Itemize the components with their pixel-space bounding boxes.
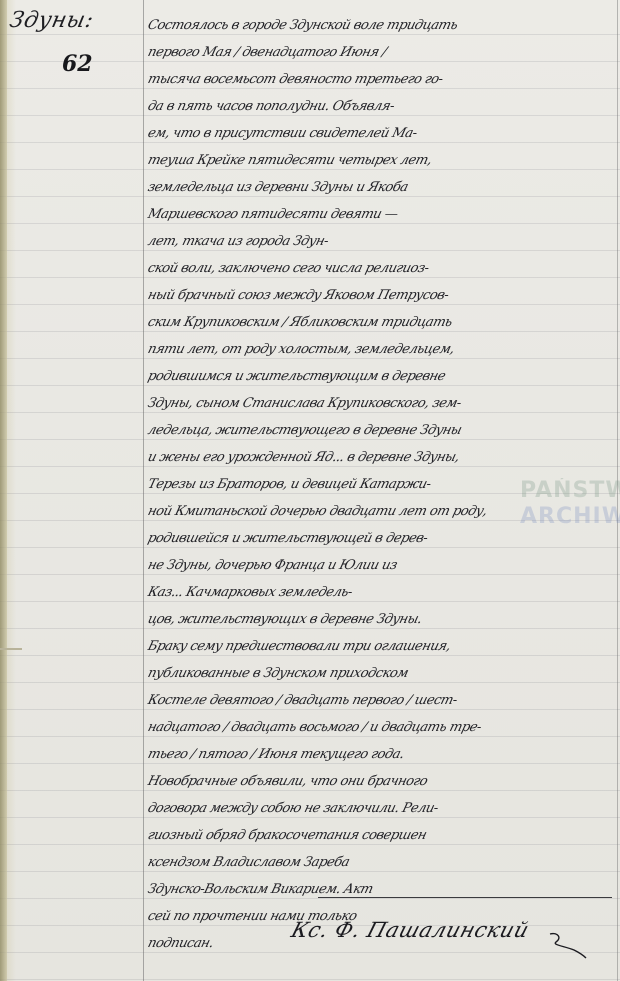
text-line: Костеле девятого / двадцать первого / ше…	[145, 687, 616, 714]
text-line: гиозный обряд бракосочетания совершен	[145, 822, 616, 849]
text-line: и жены его урожденной Яд... в деревне Зд…	[145, 444, 616, 471]
text-line: ем, что в присутствии свидетелей Ма-	[145, 120, 616, 147]
text-line: ной Кмитаньской дочерью двадцати лет от …	[145, 498, 616, 525]
text-line: не Здуны, дочерью Франца и Юлии из	[145, 552, 616, 579]
entry-number: 62	[62, 51, 138, 77]
text-line: тьего / пятого / Июня текущего года.	[145, 741, 616, 768]
text-line: ским Крупиковским / Ябликовским тридцать	[145, 309, 616, 336]
text-line: тысяча восемьсот девяносто третьего го-	[145, 66, 616, 93]
priest-signature: Кс. Ф. Пашалинский	[289, 918, 532, 942]
text-line: публикованные в Здунском приходском	[145, 660, 616, 687]
text-line: пяти лет, от роду холостым, земледельцем…	[145, 336, 616, 363]
text-line: земледельца из деревни Здуны и Якоба	[145, 174, 616, 201]
margin-column: Здуны: 62	[10, 8, 138, 77]
text-line: Каз... Качмарковых земледель-	[145, 579, 616, 606]
text-line: ксендзом Владиславом Зареба	[145, 849, 616, 876]
text-line: родившимся и жительствующим в деревне	[145, 363, 616, 390]
text-line: первого Мая / двенадцатого Июня /	[145, 39, 616, 66]
text-line: ледельца, жительствующего в деревне Здун…	[145, 417, 616, 444]
text-line: надцатого / двадцать восьмого / и двадца…	[145, 714, 616, 741]
text-line: родившейся и жительствующей в дерев-	[145, 525, 616, 552]
paper-tear	[0, 648, 22, 650]
text-line: цов, жительствующих в деревне Здуны.	[145, 606, 616, 633]
page-binding-edge	[0, 0, 7, 981]
text-line: Маршевского пятидесяти девяти —	[145, 201, 616, 228]
text-line: Состоялось в городе Здунской воле тридца…	[145, 12, 616, 39]
text-line: ской воли, заключено сего числа религиоз…	[145, 255, 616, 282]
text-line: Новобрачные объявили, что они брачного	[145, 768, 616, 795]
text-line: договора между собою не заключили. Рели-	[145, 795, 616, 822]
closing-line	[318, 897, 612, 898]
text-line: Здуны, сыном Станислава Крупиковского, з…	[145, 390, 616, 417]
text-line: Терезы из Браторов, и девицей Катаржи-	[145, 471, 616, 498]
right-border-rule	[617, 0, 618, 981]
text-line: Браку сему предшествовали три оглашения,	[145, 633, 616, 660]
text-line: теуша Крейке пятидесяти четырех лет,	[145, 147, 616, 174]
margin-rule	[143, 0, 144, 981]
text-line: да в пять часов пополудни. Объявля-	[145, 93, 616, 120]
text-line: Здунско-Вольским Викарием. Акт	[145, 876, 616, 903]
register-page: PAŃSTW ARCHIW Здуны: 62 Состоялось в гор…	[0, 0, 620, 981]
signature-flourish-icon	[548, 930, 588, 960]
record-text: Состоялось в городе Здунской воле тридца…	[148, 12, 612, 957]
text-line: лет, ткача из города Здун-	[145, 228, 616, 255]
place-name: Здуны:	[7, 8, 140, 33]
text-line: ный брачный союз между Яковом Петрусов-	[145, 282, 616, 309]
